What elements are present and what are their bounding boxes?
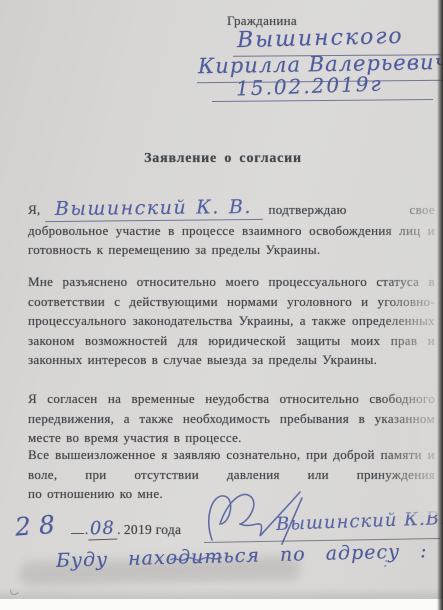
inline-name-handwriting: Вышинский К. В. — [44, 198, 262, 222]
addressee-surname-handwriting: Вышинского — [237, 24, 404, 53]
date-year-label: 2019 года — [124, 522, 182, 538]
consent-paragraph-2: Мне разъяснено относительно моего процес… — [28, 272, 435, 370]
date-line: 28 . 08 . 2019 года — [15, 511, 181, 540]
paragraph-1-prefix: Я, — [28, 202, 41, 217]
consent-paragraph-3: Я согласен на временные неудобства относ… — [28, 389, 435, 448]
date-month-handwriting: 08 — [88, 518, 118, 541]
photo-right-edge — [437, 0, 443, 610]
address-colon-mark: : — [383, 552, 388, 571]
consent-paragraph-1: Я,Вышинский К. В.подтверждаю свое добров… — [28, 199, 435, 260]
date-blank-underline — [71, 533, 84, 534]
date-dot-2: . — [117, 522, 121, 538]
document-title: Заявление о согласии — [28, 151, 418, 167]
paragraph-4-main: Все вышеизложенное я заявляю сознательно… — [28, 445, 435, 484]
paper-bottom-shadow — [0, 587, 443, 599]
addressee-date-handwriting: 15.02.2019г — [236, 71, 383, 100]
document-photo: Гражданина Вышинского Кирилла Валерьевич… — [0, 0, 443, 610]
date-day-handwriting: 28 — [14, 509, 64, 541]
photo-bottom-strip — [0, 599, 443, 610]
correction-scribble — [168, 552, 224, 566]
